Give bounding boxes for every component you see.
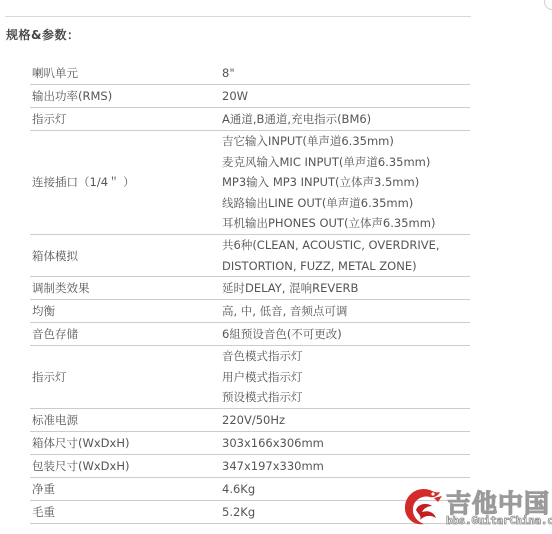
spec-table: 喇叭单元8"输出功率(RMS)20W指示灯A通道,B通道,充电指示(BM6)连接… [30,62,470,524]
spec-value-line: 20W [222,86,468,107]
spec-value: 6組预设音色(不可更改) [218,323,470,346]
spec-value-line: 高, 中, 低音, 音频点可调 [222,301,468,322]
spec-value-line: 220V/50Hz [222,410,468,431]
spec-label: 调制类效果 [30,277,218,300]
spec-value-line: 吉它输入INPUT(单声道6.35mm) [222,131,468,152]
spec-label: 包装尺寸(WxDxH) [30,454,218,477]
corner-decoration [544,0,552,10]
spec-value-line: 用户模式指示灯 [222,367,468,388]
spec-row: 调制类效果延时DELAY, 混响REVERB [30,277,470,300]
spec-row: 输出功率(RMS)20W [30,85,470,108]
spec-value-line: A通道,B通道,充电指示(BM6) [222,109,468,130]
spec-value-line: 347x197x330mm [222,456,468,477]
spec-value: 高, 中, 低音, 音频点可调 [218,300,470,323]
watermark-url: bbs.GuitarChina.com [446,514,552,527]
spec-value: A通道,B通道,充电指示(BM6) [218,108,470,131]
spec-value-line: 8" [222,63,468,84]
spec-value: 20W [218,85,470,108]
spec-value: 8" [218,62,470,85]
spec-value-line: 6組预设音色(不可更改) [222,324,468,345]
spec-label: 连接插口（1/4＂ ） [30,131,218,235]
spec-value-line: 音色模式指示灯 [222,346,468,367]
spec-value-line: 耳机输出PHONES OUT(立体声6.35mm) [222,213,468,234]
spec-value-line: 线路输出LINE OUT(单声道6.35mm) [222,193,468,214]
spec-value-line: 预设模式指示灯 [222,387,468,408]
spec-row: 箱体模拟共6种(CLEAN, ACOUSTIC, OVERDRIVE,DISTO… [30,234,470,276]
spec-label: 喇叭单元 [30,62,218,85]
spec-label: 输出功率(RMS) [30,85,218,108]
spec-label: 指示灯 [30,108,218,131]
spec-row: 指示灯音色模式指示灯用户模式指示灯预设模式指示灯 [30,346,470,409]
spec-row: 指示灯A通道,B通道,充电指示(BM6) [30,108,470,131]
spec-value: 220V/50Hz [218,408,470,431]
spec-value: 303x166x306mm [218,431,470,454]
spec-label: 箱体模拟 [30,234,218,276]
spec-row: 喇叭单元8" [30,62,470,85]
spec-value: 音色模式指示灯用户模式指示灯预设模式指示灯 [218,346,470,409]
spec-label: 毛重 [30,500,218,523]
watermark: 吉他中国 bbs.GuitarChina.com [400,484,552,530]
section-title: 规格&参数： [6,26,79,43]
spec-value: 347x197x330mm [218,454,470,477]
dragon-logo-icon [400,484,446,530]
spec-value-line: MP3输入 MP3 INPUT(立体声3.5mm) [222,172,468,193]
spec-value-line: 303x166x306mm [222,433,468,454]
spec-row: 箱体尺寸(WxDxH)303x166x306mm [30,431,470,454]
top-divider [5,16,471,17]
spec-value: 共6种(CLEAN, ACOUSTIC, OVERDRIVE,DISTORTIO… [218,234,470,276]
spec-label: 均衡 [30,300,218,323]
spec-row: 连接插口（1/4＂ ）吉它输入INPUT(单声道6.35mm)麦克风输入MIC … [30,131,470,235]
spec-value-line: DISTORTION, FUZZ, METAL ZONE) [222,256,468,277]
spec-label: 音色存储 [30,323,218,346]
spec-row: 音色存储6組预设音色(不可更改) [30,323,470,346]
spec-value-line: 共6种(CLEAN, ACOUSTIC, OVERDRIVE, [222,235,468,256]
spec-value-line: 麦克风输入MIC INPUT(单声道6.35mm) [222,152,468,173]
spec-label: 净重 [30,477,218,500]
spec-value: 延时DELAY, 混响REVERB [218,277,470,300]
spec-label: 标准电源 [30,408,218,431]
spec-row: 均衡高, 中, 低音, 音频点可调 [30,300,470,323]
spec-row: 包装尺寸(WxDxH)347x197x330mm [30,454,470,477]
spec-label: 箱体尺寸(WxDxH) [30,431,218,454]
spec-row: 标准电源220V/50Hz [30,408,470,431]
spec-label: 指示灯 [30,346,218,409]
spec-value-line: 延时DELAY, 混响REVERB [222,278,468,299]
spec-value: 吉它输入INPUT(单声道6.35mm)麦克风输入MIC INPUT(单声道6.… [218,131,470,235]
